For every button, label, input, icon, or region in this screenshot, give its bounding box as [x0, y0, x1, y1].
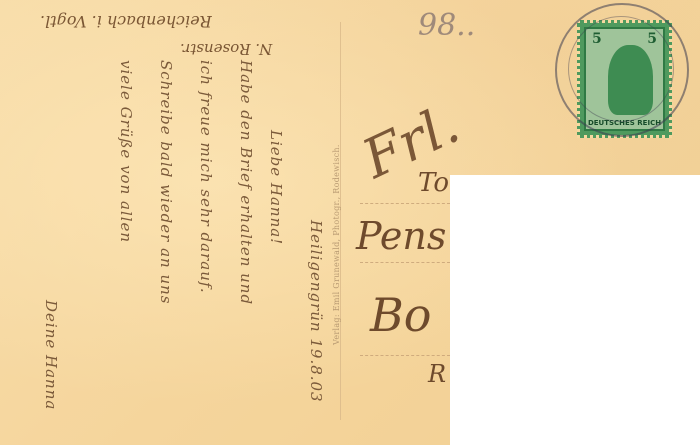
- postmark-inner-ring: [568, 16, 674, 122]
- address-line-1: [360, 203, 450, 204]
- message-line-1: Habe den Brief erhalten und: [237, 60, 255, 305]
- address-line-3: [360, 355, 450, 356]
- message-line-4: viele Grüße von allen: [117, 60, 135, 243]
- publisher-imprint: Verlag: Emil Grunewald, Photogr., Rodewi…: [332, 144, 341, 345]
- message-greeting: Liebe Hanna!: [267, 130, 285, 245]
- message-header-1: Reichenbach i. Vogtl.: [40, 12, 212, 31]
- message-date: Heiligengrün 19.8.03: [307, 220, 325, 403]
- address-city: Bo: [370, 288, 432, 342]
- address-line-2: [360, 262, 450, 263]
- message-line-2: ich freue mich sehr darauf.: [197, 60, 215, 294]
- address-region: R: [428, 360, 446, 388]
- message-line-3: Schreibe bald wieder an uns: [157, 60, 175, 304]
- message-signature: Deine Hanna: [42, 300, 60, 410]
- redacted-white-block: [450, 175, 700, 445]
- archive-number-note: 98..: [418, 8, 475, 43]
- message-header-2: N. Rosenstr.: [180, 40, 272, 58]
- address-street: Pens: [356, 214, 446, 258]
